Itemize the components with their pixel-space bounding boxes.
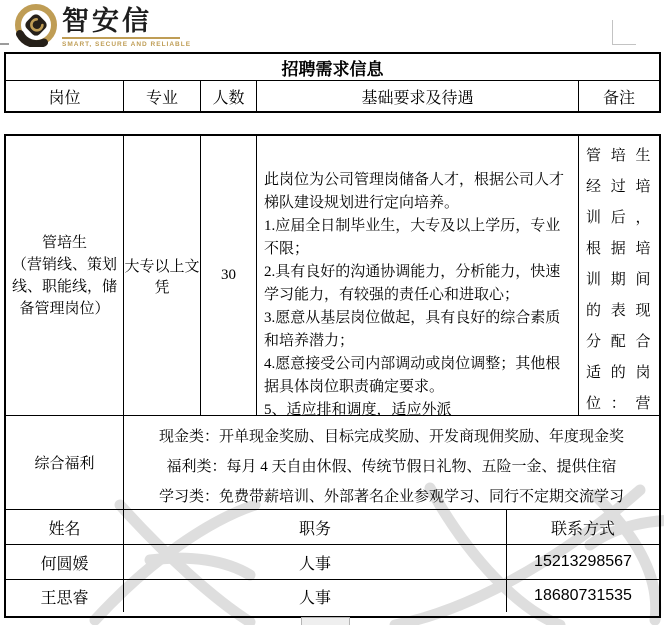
col-header-requirements: 基础要求及待遇 — [256, 81, 578, 111]
contact-col-phone: 联系方式 — [506, 510, 659, 544]
contact-col-name: 姓名 — [6, 510, 123, 544]
recruitment-document: 智安信 SMART, SECURE AND RELIABLE 招聘需求信息 岗位… — [0, 0, 664, 625]
requirement-item-3: 3.愿意从基层岗位做起，具有良好的综合素质和培养潜力； — [264, 307, 574, 353]
right-margin-mark-horizontal — [612, 44, 636, 45]
watermark-artifact-box — [301, 617, 350, 625]
contact-name: 何圆媛 — [6, 545, 123, 579]
welfare-learning-line: 学习类：免费带薪培训、外部著名企业参观学习、同行不定期交流学习 — [159, 482, 624, 509]
col-header-major: 专业 — [123, 81, 200, 111]
table-title: 招聘需求信息 — [6, 54, 659, 80]
contact-col-title: 职务 — [123, 510, 506, 544]
contact-name: 王思睿 — [6, 580, 123, 612]
contact-phone: 18680731535 — [506, 580, 659, 612]
requirement-intro: 此岗位为公司管理岗储备人才，根据公司人才梯队建设规划进行定向培养。 — [264, 169, 574, 215]
welfare-benefit-line: 福利类：每月 4 天自由休假、传统节假日礼物、五险一金、提供住宿 — [166, 452, 616, 482]
welfare-cash-line: 现金类：开单现金奖励、目标完成奖励、开发商现佣奖励、年度现金奖 — [159, 422, 624, 452]
contact-header-row: 姓名 职务 联系方式 — [6, 509, 659, 544]
position-detail: （营销线、策划线、职能线，储备管理岗位） — [8, 254, 121, 320]
welfare-row: 综合福利 现金类：开单现金奖励、目标完成奖励、开发商现佣奖励、年度现金奖 福利类… — [6, 415, 659, 509]
right-margin-mark-vertical — [612, 20, 613, 45]
logo-tagline: SMART, SECURE AND RELIABLE — [62, 41, 191, 48]
header-table: 招聘需求信息 岗位 专业 人数 基础要求及待遇 备注 — [4, 52, 661, 113]
requirement-item-1: 1.应届全日制毕业生，大专及以上学历，专业不限； — [264, 215, 574, 261]
logo-emblem-icon — [14, 3, 58, 47]
col-header-headcount: 人数 — [200, 81, 256, 111]
content-table: 管培生 （营销线、策划线、职能线，储备管理岗位） 大专以上文凭 30 此岗位为公… — [4, 134, 661, 618]
logo-company-name: 智安信 — [62, 8, 191, 35]
col-header-position: 岗位 — [6, 81, 123, 111]
position-row: 管培生 （营销线、策划线、职能线，储备管理岗位） 大专以上文凭 30 此岗位为公… — [6, 136, 659, 415]
remark-cell: 管培生经过培训后，根据培训期间的表现分配合适的岗位：营销线、策划线、综合职能线等… — [578, 136, 659, 415]
column-header-row: 岗位 专业 人数 基础要求及待遇 备注 — [6, 80, 659, 111]
requirements-cell: 此岗位为公司管理岗储备人才，根据公司人才梯队建设规划进行定向培养。 1.应届全日… — [256, 136, 578, 415]
requirement-item-5: 5、适应排和调度，适应外派 — [264, 399, 574, 415]
left-margin-mark — [0, 43, 9, 45]
major-cell: 大专以上文凭 — [123, 136, 200, 415]
logo-divider — [62, 37, 180, 39]
contact-title: 人事 — [123, 545, 506, 579]
requirement-item-2: 2.具有良好的沟通协调能力，分析能力，快速学习能力，有较强的责任心和进取心； — [264, 261, 574, 307]
welfare-label: 综合福利 — [6, 416, 123, 509]
contact-row: 何圆媛 人事 15213298567 — [6, 544, 659, 579]
position-name: 管培生 — [42, 232, 87, 254]
contact-phone: 15213298567 — [506, 545, 659, 579]
welfare-content: 现金类：开单现金奖励、目标完成奖励、开发商现佣奖励、年度现金奖 福利类：每月 4… — [123, 416, 659, 509]
headcount-cell: 30 — [200, 136, 256, 415]
company-logo: 智安信 SMART, SECURE AND RELIABLE — [14, 3, 191, 48]
position-cell: 管培生 （营销线、策划线、职能线，储备管理岗位） — [6, 136, 123, 415]
contact-title: 人事 — [123, 580, 506, 612]
col-header-remarks: 备注 — [578, 81, 659, 111]
contact-row: 王思睿 人事 18680731535 — [6, 579, 659, 612]
requirement-item-4: 4.愿意接受公司内部调动或岗位调整；其他根据具体岗位职责确定要求。 — [264, 353, 574, 399]
logo-text-block: 智安信 SMART, SECURE AND RELIABLE — [62, 3, 191, 48]
